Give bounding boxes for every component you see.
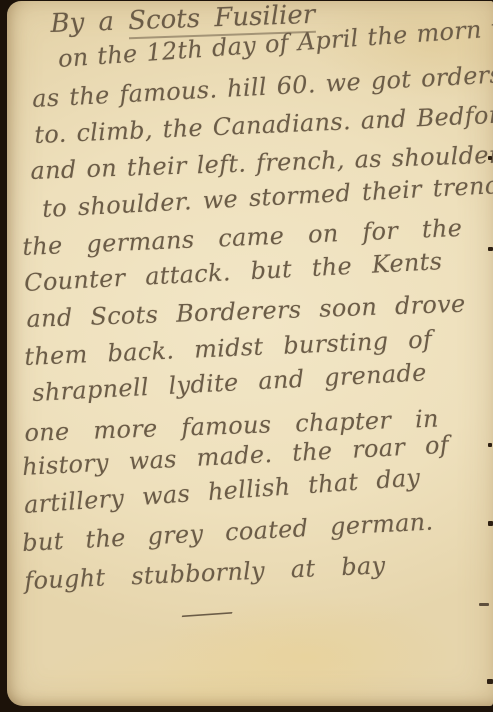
end-dash-glyph: — — [178, 597, 235, 629]
handwritten-line: but the grey coated german. — [22, 507, 434, 557]
page-edge-mark — [488, 247, 493, 251]
end-dash: — — [194, 598, 220, 628]
page-edge-mark — [488, 443, 492, 447]
title-prefix: By a — [50, 6, 129, 39]
notebook-page: By a Scots Fusilier on the 12th day of A… — [7, 1, 493, 706]
page-edge-mark — [488, 156, 492, 160]
page-edge-mark — [488, 521, 493, 526]
page-edge-mark — [487, 679, 493, 684]
handwritten-line: fought stubbornly at bay — [24, 551, 386, 595]
photo-backdrop: By a Scots Fusilier on the 12th day of A… — [0, 0, 493, 712]
pencil-stray-mark — [479, 603, 489, 606]
